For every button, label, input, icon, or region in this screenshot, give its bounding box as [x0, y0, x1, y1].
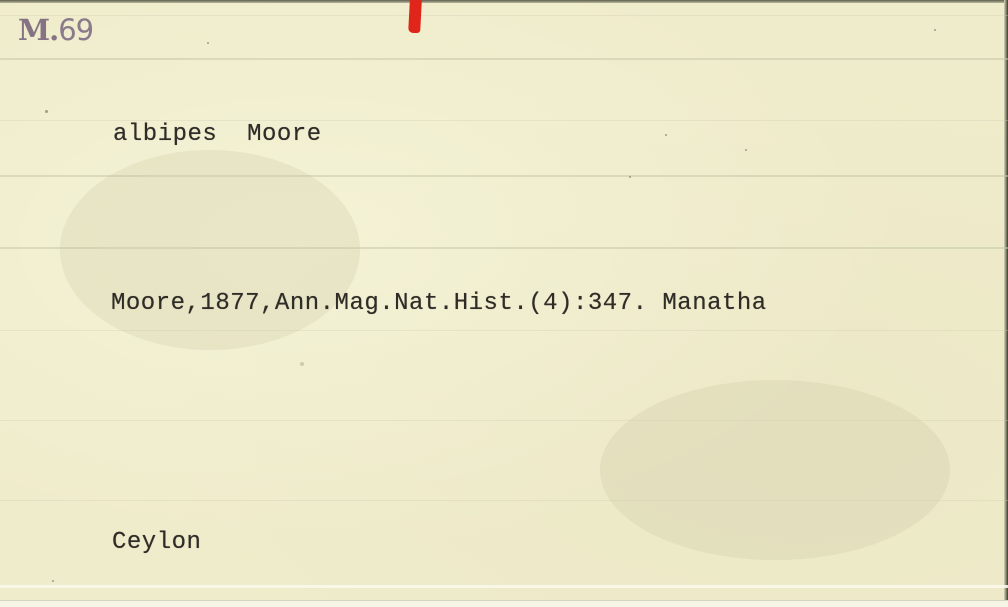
paper-speck [934, 29, 936, 31]
card-number-value: 69 [58, 13, 93, 47]
paper-speck [629, 176, 631, 178]
paper-stain [60, 150, 360, 350]
ruled-line [0, 15, 1008, 16]
ruled-line [0, 58, 1008, 60]
ruled-line [0, 585, 1008, 588]
card-number-prefix: M. [18, 13, 58, 47]
paper-speck [300, 362, 304, 366]
card-top-edge [0, 0, 1008, 3]
bibliographic-reference: Moore,1877,Ann.Mag.Nat.Hist.(4):347. Man… [111, 290, 767, 317]
paper-speck [52, 580, 54, 582]
paper-speck [745, 149, 747, 151]
card-right-edge [1004, 0, 1008, 607]
paper-speck [45, 110, 48, 113]
paper-stain [600, 380, 950, 560]
red-tab-marker [408, 0, 422, 33]
locality: Ceylon [112, 529, 201, 556]
index-card: M.69 albipes Moore Moore,1877,Ann.Mag.Na… [0, 0, 1008, 607]
species-name: albipes Moore [113, 121, 322, 148]
paper-speck [665, 134, 667, 136]
card-number-stamp: M.69 [18, 13, 93, 47]
card-bottom-edge [0, 600, 1008, 607]
paper-speck [207, 42, 209, 44]
